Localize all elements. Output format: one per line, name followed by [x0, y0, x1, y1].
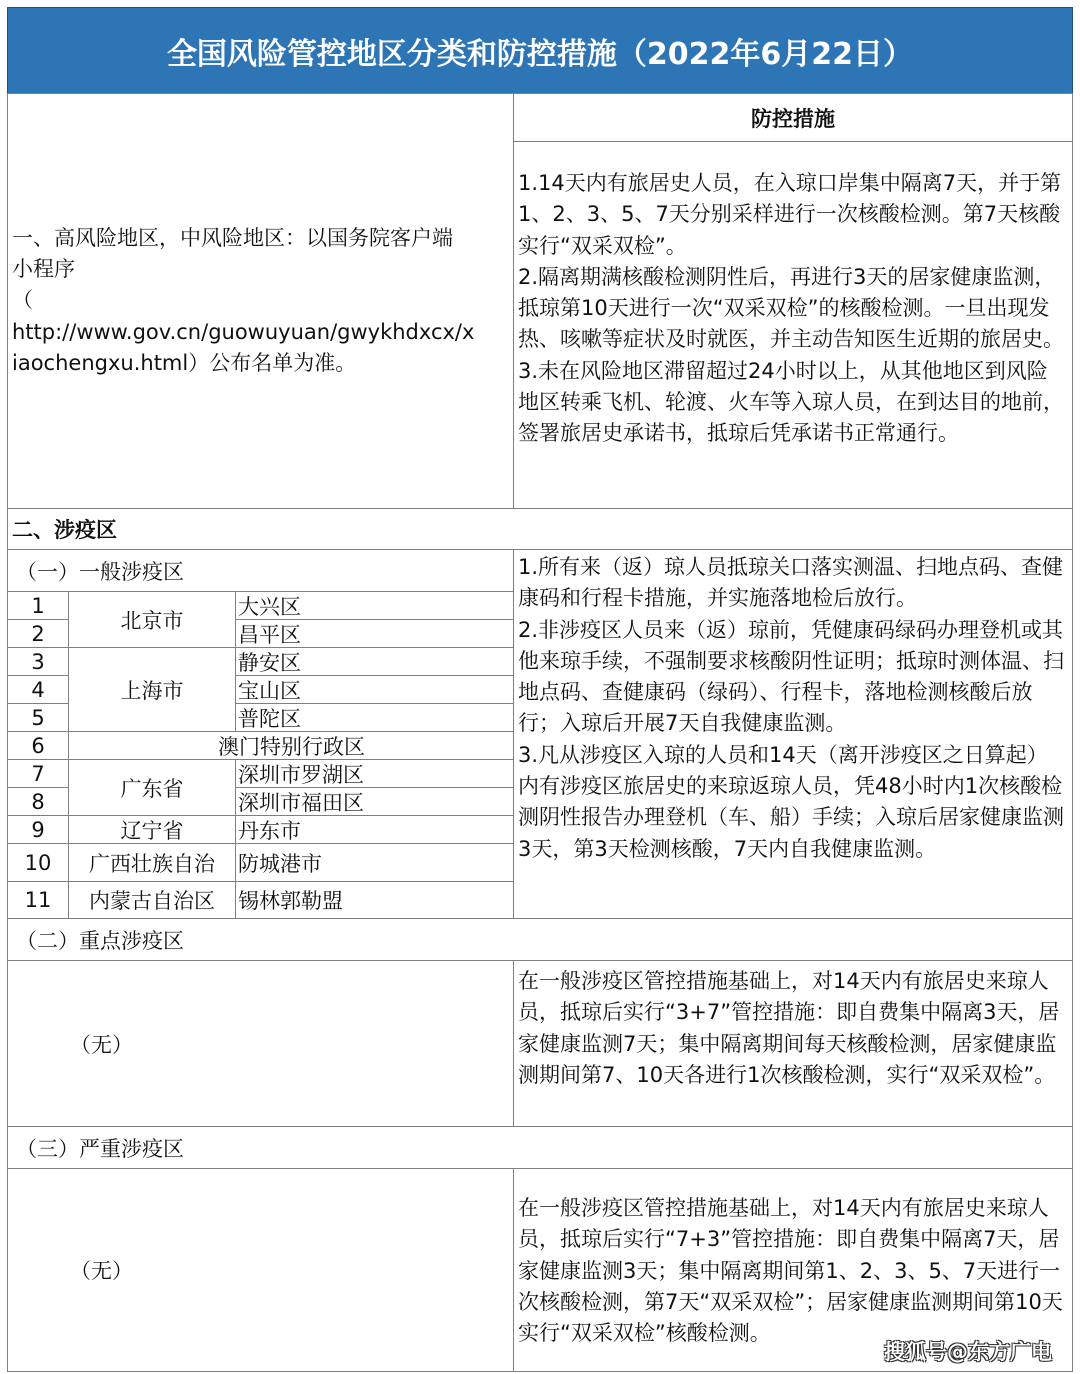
province-label: 广西壮族自治	[89, 848, 215, 878]
row-no-1: 1	[7, 591, 69, 620]
general-area-measures-cell: 1.所有来（返）琼人员抵琼关口落实测温、扫地点码、查健康码和行程卡措施，并实施落…	[513, 549, 1073, 919]
row-number: 6	[31, 734, 44, 758]
section1-measure-1: 1.14天内有旅居史人员，在入琼口岸集中隔离7天，并于第1、2、3、5、7天分别…	[518, 168, 1068, 262]
area-label: 防城港市	[238, 848, 322, 878]
row-number: 5	[31, 706, 44, 730]
row-no-4: 4	[7, 675, 69, 704]
province-label: 广东省	[121, 773, 184, 803]
risk-region-line-2: 小程序	[12, 254, 509, 285]
row-number: 4	[31, 678, 44, 702]
area-label: 丹东市	[238, 815, 301, 845]
province-label: 内蒙古自治区	[89, 885, 215, 915]
section1-measures-cell: 1.14天内有旅居史人员，在入琼口岸集中隔离7天，并于第1、2、3、5、7天分别…	[513, 141, 1073, 509]
severe-area-measures: 在一般涉疫区管控措施基础上，对14天内有旅居史来琼人员，抵琼后实行“7+3”管控…	[518, 1193, 1068, 1349]
province-label: 澳门特别行政区	[218, 731, 365, 761]
section2-heading: 二、涉疫区	[7, 508, 1073, 550]
province-guangxi: 广西壮族自治	[68, 843, 236, 882]
general-measure-2: 2.非涉疫区人员来（返）琼前，凭健康码绿码办理登机或其他来琼手续，不强制要求核酸…	[518, 615, 1068, 740]
risk-region-line-5: iaochengxu.html）公布名单为准。	[12, 348, 509, 379]
area-label: 昌平区	[238, 619, 301, 649]
province-inner-mongolia: 内蒙古自治区	[68, 881, 236, 919]
high-medium-risk-cell: 一、高风险地区，中风险地区：以国务院客户端 小程序 （ http://www.g…	[7, 93, 514, 509]
row-number: 2	[31, 622, 44, 646]
key-area-title: （二）重点涉疫区	[16, 925, 184, 955]
row-no-3: 3	[7, 647, 69, 676]
area-putuo: 普陀区	[235, 703, 515, 732]
row-no-7: 7	[7, 759, 69, 788]
row-no-11: 11	[7, 881, 69, 919]
area-dandong: 丹东市	[235, 815, 515, 844]
province-shanghai: 上海市	[68, 647, 236, 732]
area-label: 大兴区	[238, 591, 301, 621]
province-macau: 澳门特别行政区	[68, 731, 515, 760]
province-label: 北京市	[121, 605, 184, 635]
general-area-table: 1 2 3 4 5 6 7 8 9 10 11 北京市 上海市 澳门特别行政区 …	[7, 591, 514, 919]
area-daxing: 大兴区	[235, 591, 515, 620]
province-label: 上海市	[121, 675, 184, 705]
area-label: 深圳市福田区	[238, 787, 364, 817]
row-number: 3	[31, 650, 44, 674]
general-measure-3: 3.凡从涉疫区入琼的人员和14天（离开涉疫区之日算起）内有涉疫区旅居史的来琼返琼…	[518, 740, 1068, 865]
area-label: 普陀区	[238, 703, 301, 733]
general-measure-1: 1.所有来（返）琼人员抵琼关口落实测温、扫地点码、查健康码和行程卡措施，并实施落…	[518, 552, 1068, 615]
row-number: 10	[25, 851, 52, 875]
province-beijing: 北京市	[68, 591, 236, 648]
row-no-9: 9	[7, 815, 69, 844]
area-futian: 深圳市福田区	[235, 787, 515, 816]
row-no-10: 10	[7, 843, 69, 882]
area-xilingol: 锡林郭勒盟	[235, 881, 515, 919]
row-number: 8	[31, 790, 44, 814]
row-no-5: 5	[7, 703, 69, 732]
row-number: 7	[31, 762, 44, 786]
row-number: 9	[31, 818, 44, 842]
row-no-6: 6	[7, 731, 69, 760]
severe-area-title: （三）严重涉疫区	[16, 1133, 184, 1163]
general-area-heading: （一）一般涉疫区	[7, 549, 514, 592]
area-changping: 昌平区	[235, 619, 515, 648]
area-label: 锡林郭勒盟	[238, 885, 343, 915]
measures-column-header: 防控措施	[513, 93, 1073, 142]
key-area-value-cell: （无）	[7, 960, 514, 1127]
risk-region-line-3: （	[12, 285, 509, 316]
row-no-2: 2	[7, 619, 69, 648]
severe-area-value: （无）	[70, 1255, 133, 1285]
risk-region-url-line[interactable]: http://www.gov.cn/guowuyuan/gwykhdxcx/x	[12, 317, 509, 348]
risk-region-line-1: 一、高风险地区，中风险地区：以国务院客户端	[12, 223, 509, 254]
area-fangchenggang: 防城港市	[235, 843, 515, 882]
province-liaoning: 辽宁省	[68, 815, 236, 844]
page-title: 全国风险管控地区分类和防控措施（2022年6月22日）	[7, 7, 1073, 94]
section1-measure-3: 3.未在风险地区滞留超过24小时以上，从其他地区到风险地区转乘飞机、轮渡、火车等…	[518, 356, 1068, 450]
province-label: 辽宁省	[121, 815, 184, 845]
key-area-measures: 在一般涉疫区管控措施基础上，对14天内有旅居史来琼人员，抵琼后实行“3+7”管控…	[518, 966, 1068, 1091]
row-no-8: 8	[7, 787, 69, 816]
area-luohu: 深圳市罗湖区	[235, 759, 515, 788]
severe-area-value-cell: （无）	[7, 1168, 514, 1372]
area-jingan: 静安区	[235, 647, 515, 676]
area-label: 静安区	[238, 647, 301, 677]
area-baoshan: 宝山区	[235, 675, 515, 704]
severe-area-heading: （三）严重涉疫区	[7, 1126, 1073, 1169]
key-area-value: （无）	[70, 1029, 133, 1059]
measures-header-label: 防控措施	[751, 103, 835, 133]
area-label: 宝山区	[238, 675, 301, 705]
watermark-text: 搜狐号@东方广电	[884, 1336, 1052, 1366]
row-number: 11	[25, 888, 52, 912]
province-guangdong: 广东省	[68, 759, 236, 816]
general-area-title: （一）一般涉疫区	[16, 556, 184, 586]
key-area-heading: （二）重点涉疫区	[7, 918, 1073, 961]
row-number: 1	[31, 594, 44, 618]
key-area-measures-cell: 在一般涉疫区管控措施基础上，对14天内有旅居史来琼人员，抵琼后实行“3+7”管控…	[513, 960, 1073, 1127]
section2-title: 二、涉疫区	[12, 514, 117, 544]
section1-measure-2: 2.隔离期满核酸检测阴性后，再进行3天的居家健康监测，抵琼第10天进行一次“双采…	[518, 262, 1068, 356]
area-label: 深圳市罗湖区	[238, 759, 364, 789]
